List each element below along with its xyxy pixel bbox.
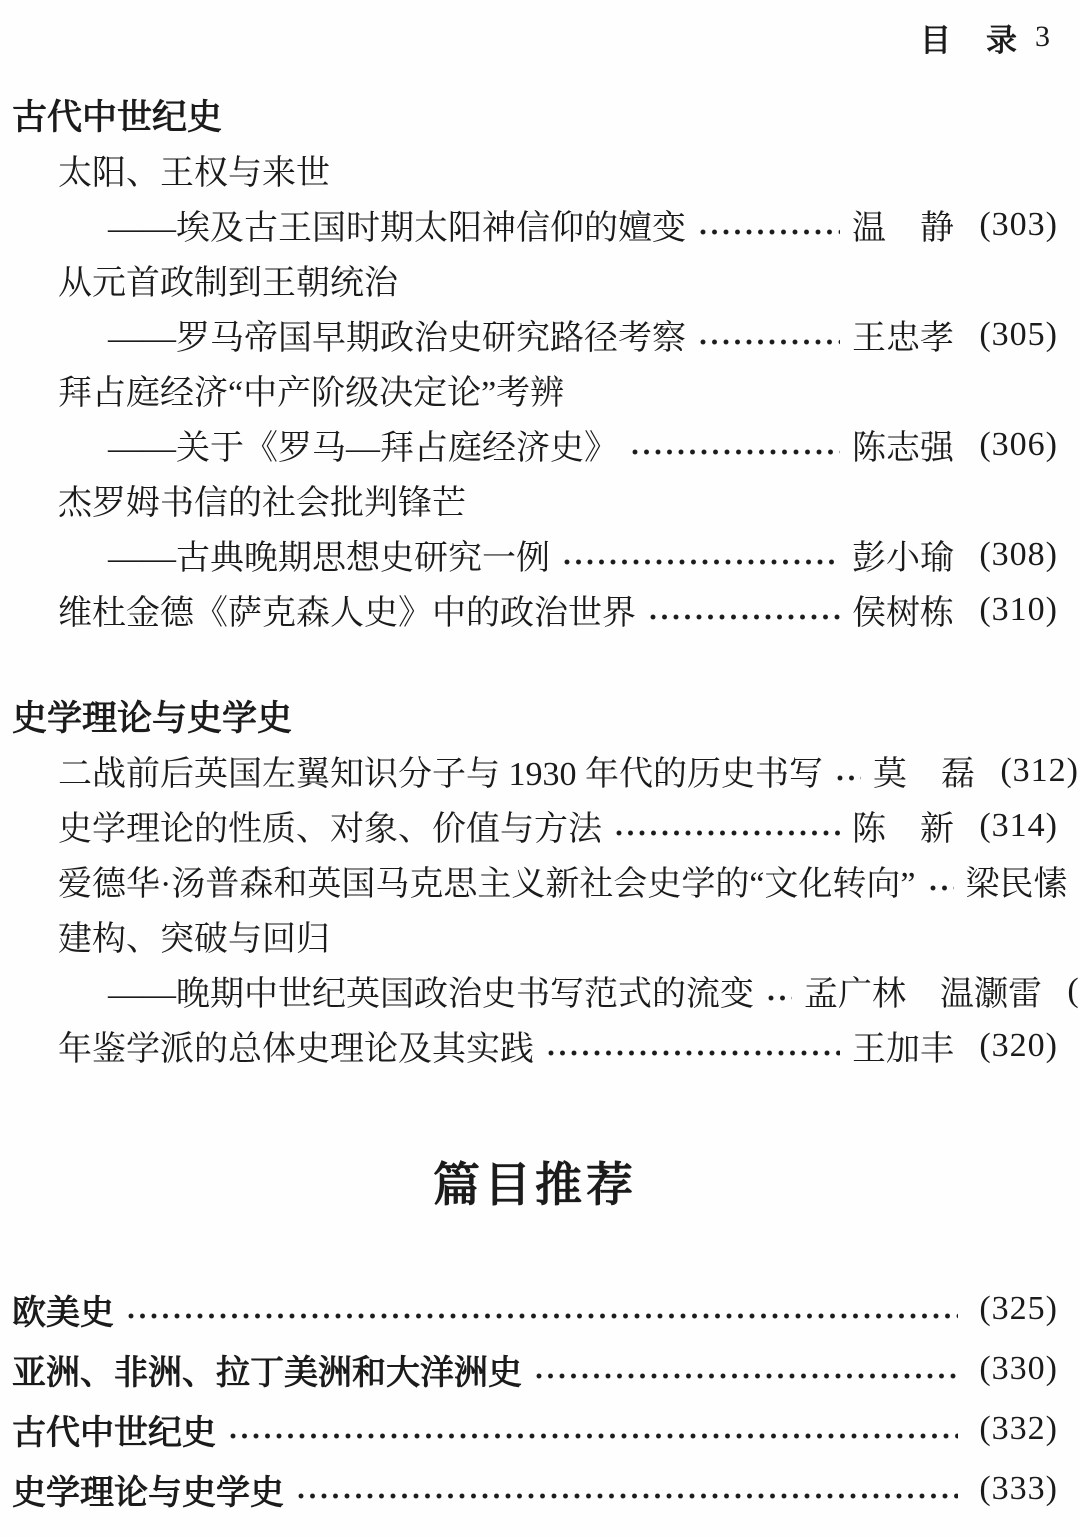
- entry-subtitle: ——埃及古王国时期太阳神信仰的嬗变: [108, 200, 686, 249]
- dot-leader: [700, 228, 840, 236]
- entry-page: (305): [970, 316, 1058, 354]
- entry-page: (306): [970, 426, 1058, 464]
- dot-leader: [650, 613, 840, 621]
- toc-entry: 太阳、王权与来世: [12, 142, 1058, 197]
- entry-title: 史学理论的性质、对象、价值与方法: [58, 801, 602, 850]
- dot-leader: [230, 1432, 958, 1440]
- toc-entry: ——古典晚期思想史研究一例 彭小瑜 (308): [12, 527, 1058, 582]
- toc-entry: 维杜金德《萨克森人史》中的政治世界 侯树栋 (310): [12, 582, 1058, 637]
- toc-entry: 二战前后英国左翼知识分子与 1930 年代的历史书写 莫 磊 (312): [12, 743, 1058, 798]
- entry-page: (332): [970, 1410, 1058, 1448]
- recommend-entry: 欧美史 (325): [12, 1279, 1058, 1339]
- recommend-heading: 篇目推荐: [12, 1145, 1058, 1217]
- dot-leader: [768, 994, 792, 1002]
- dot-leader: [837, 774, 861, 782]
- recommend-list: 欧美史 (325) 亚洲、非洲、拉丁美洲和大洋洲史 (330) 古代中世纪史 (…: [12, 1279, 1058, 1519]
- dot-leader: [930, 884, 954, 892]
- dot-leader: [536, 1372, 958, 1380]
- entry-title: 古代中世纪史: [12, 1405, 216, 1454]
- toc-entry: ——埃及古王国时期太阳神信仰的嬗变 温 静 (303): [12, 197, 1058, 252]
- toc-entry: 杰罗姆书信的社会批判锋芒: [12, 472, 1058, 527]
- toc-page: 目 录 3 古代中世纪史 太阳、王权与来世 ——埃及古王国时期太阳神信仰的嬗变 …: [0, 0, 1080, 1537]
- dot-leader: [298, 1492, 958, 1500]
- entry-page: (318): [1058, 972, 1080, 1010]
- entry-page: (330): [970, 1350, 1058, 1388]
- recommend-entry: 亚洲、非洲、拉丁美洲和大洋洲史 (330): [12, 1339, 1058, 1399]
- dot-leader: [632, 448, 840, 456]
- entry-title: 史学理论与史学史: [12, 1465, 284, 1514]
- section-heading-historiography: 史学理论与史学史: [12, 689, 1058, 743]
- page-header: 目 录 3: [12, 18, 1058, 56]
- entry-page: (314): [970, 807, 1058, 845]
- entry-title: 从元首政制到王朝统治: [58, 255, 398, 304]
- entry-page: (320): [970, 1027, 1058, 1065]
- toc-entry: 建构、突破与回归: [12, 908, 1058, 963]
- entry-title: 爱德华·汤普森和英国马克思主义新社会史学的“文化转向”: [58, 856, 916, 905]
- toc-entry: 史学理论的性质、对象、价值与方法 陈 新 (314): [12, 798, 1058, 853]
- entry-author: 陈志强: [852, 420, 954, 469]
- entry-page: (303): [970, 206, 1058, 244]
- page-header-number: 3: [1035, 20, 1050, 54]
- entry-title: 欧美史: [12, 1285, 114, 1334]
- entry-page: (310): [970, 591, 1058, 629]
- entry-title: 拜占庭经济“中产阶级决定论”考辨: [58, 365, 564, 414]
- dot-leader: [548, 1049, 840, 1057]
- dot-leader: [128, 1312, 958, 1320]
- toc-entry: ——关于《罗马—拜占庭经济史》 陈志强 (306): [12, 417, 1058, 472]
- toc-entry: ——晚期中世纪英国政治史书写范式的流变 孟广林 温灏雷 (318): [12, 963, 1058, 1018]
- entry-author: 陈 新: [852, 801, 954, 850]
- dot-leader: [616, 829, 840, 837]
- entry-page: (308): [970, 536, 1058, 574]
- recommend-entry: 古代中世纪史 (332): [12, 1399, 1058, 1459]
- entry-page: (333): [970, 1470, 1058, 1508]
- entry-author: 侯树栋: [852, 585, 954, 634]
- recommend-entry: 史学理论与史学史 (333): [12, 1459, 1058, 1519]
- entry-title: 建构、突破与回归: [58, 911, 330, 960]
- toc-entry: ——罗马帝国早期政治史研究路径考察 王忠孝 (305): [12, 307, 1058, 362]
- entry-title: 亚洲、非洲、拉丁美洲和大洋洲史: [12, 1345, 522, 1394]
- entry-subtitle: ——晚期中世纪英国政治史书写范式的流变: [108, 966, 754, 1015]
- dot-leader: [700, 338, 840, 346]
- entry-page: (312): [991, 752, 1079, 790]
- entry-page: (325): [970, 1290, 1058, 1328]
- toc-entry: 年鉴学派的总体史理论及其实践 王加丰 (320): [12, 1018, 1058, 1073]
- entry-subtitle: ——罗马帝国早期政治史研究路径考察: [108, 310, 686, 359]
- toc-entry: 爱德华·汤普森和英国马克思主义新社会史学的“文化转向” 梁民愫 (316): [12, 853, 1058, 908]
- entry-author: 王忠孝: [852, 310, 954, 359]
- entry-title: 杰罗姆书信的社会批判锋芒: [58, 475, 466, 524]
- entry-title: 太阳、王权与来世: [58, 145, 330, 194]
- entry-author: 孟广林 温灏雷: [804, 966, 1042, 1015]
- entry-subtitle: ——古典晚期思想史研究一例: [108, 530, 550, 579]
- entry-title: 年鉴学派的总体史理论及其实践: [58, 1021, 534, 1070]
- entry-subtitle: ——关于《罗马—拜占庭经济史》: [108, 420, 618, 469]
- section-heading-ancient-medieval: 古代中世纪史: [12, 88, 1058, 142]
- entry-author: 温 静: [852, 200, 954, 249]
- toc-entry: 从元首政制到王朝统治: [12, 252, 1058, 307]
- page-header-title: 目 录: [920, 15, 1019, 60]
- entry-author: 彭小瑜: [852, 530, 954, 579]
- dot-leader: [564, 558, 840, 566]
- entry-title: 二战前后英国左翼知识分子与 1930 年代的历史书写: [58, 746, 823, 795]
- entry-title: 维杜金德《萨克森人史》中的政治世界: [58, 585, 636, 634]
- entry-author: 梁民愫: [966, 856, 1068, 905]
- toc-entry: 拜占庭经济“中产阶级决定论”考辨: [12, 362, 1058, 417]
- entry-author: 王加丰: [852, 1021, 954, 1070]
- entry-author: 莫 磊: [873, 746, 975, 795]
